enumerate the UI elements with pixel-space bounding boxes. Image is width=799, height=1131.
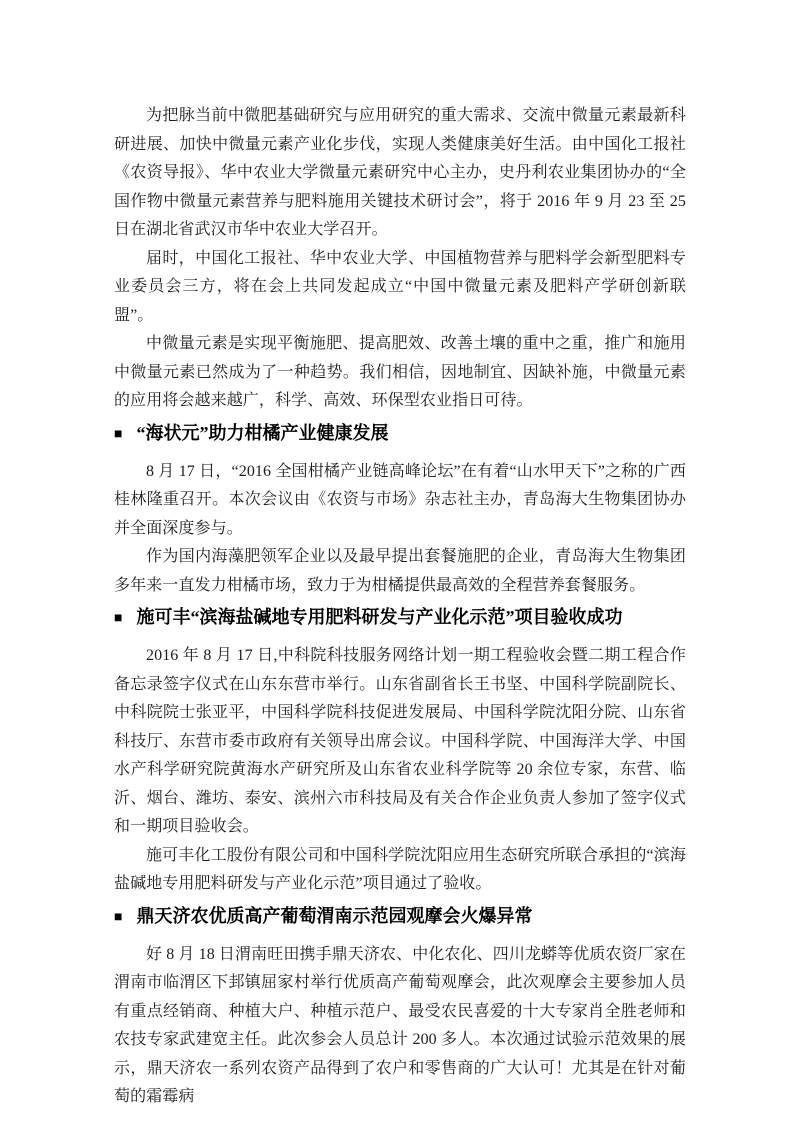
square-bullet-icon: ■ [114,421,122,449]
section-heading-text: “海状元”助力柑橘产业健康发展 [136,423,388,443]
paragraph-micronutrient-outlook: 中微量元素是实现平衡施肥、提高肥效、改善土壤的重中之重，推广和施用中微量元素已然… [114,330,686,416]
section-heading-haizhuangyuan: ■“海状元”助力柑橘产业健康发展 [114,419,686,449]
paragraph-citrus-forum: 8 月 17 日，“2016 全国柑橘产业链高峰论坛”在有着“山水甲天下”之称的… [114,458,686,544]
paragraph-project-passed: 施可丰化工股份有限公司和中国科学院沈阳应用生态研究所联合承担的“滨海盐碱地专用肥… [114,842,686,899]
paragraph-alliance: 届时，中国化工报社、华中农业大学、中国植物营养与肥料学会新型肥料专业委员会三方，… [114,245,686,331]
paragraph-grape-observation: 好 8 月 18 日渭南旺田携手鼎天济农、中化农化、四川龙蟒等优质农资厂家在渭南… [114,941,686,1112]
paragraph-haida-group: 作为国内海藻肥领军企业以及最早提出套餐施肥的企业，青岛海大生物集团多年来一直发力… [114,543,686,600]
square-bullet-icon: ■ [114,904,122,932]
section-heading-text: 施可丰“滨海盐碱地专用肥料研发与产业化示范”项目验收成功 [136,607,622,627]
paragraph-cas-acceptance-meeting: 2016 年 8 月 17 日,中科院科技服务网络计划一期工程验收会暨二期工程合… [114,642,686,842]
paragraph-seminar-intro: 为把脉当前中微肥基础研究与应用研究的重大需求、交流中微量元素最新科研进展、加快中… [114,102,686,245]
section-heading-shikefeng: ■施可丰“滨海盐碱地专用肥料研发与产业化示范”项目验收成功 [114,603,686,633]
section-heading-dingtianjinong: ■鼎天济农优质高产葡萄渭南示范园观摩会火爆异常 [114,902,686,932]
square-bullet-icon: ■ [114,605,122,633]
section-heading-text: 鼎天济农优质高产葡萄渭南示范园观摩会火爆异常 [136,906,532,926]
document-page: 为把脉当前中微肥基础研究与应用研究的重大需求、交流中微量元素最新科研进展、加快中… [0,0,799,1131]
